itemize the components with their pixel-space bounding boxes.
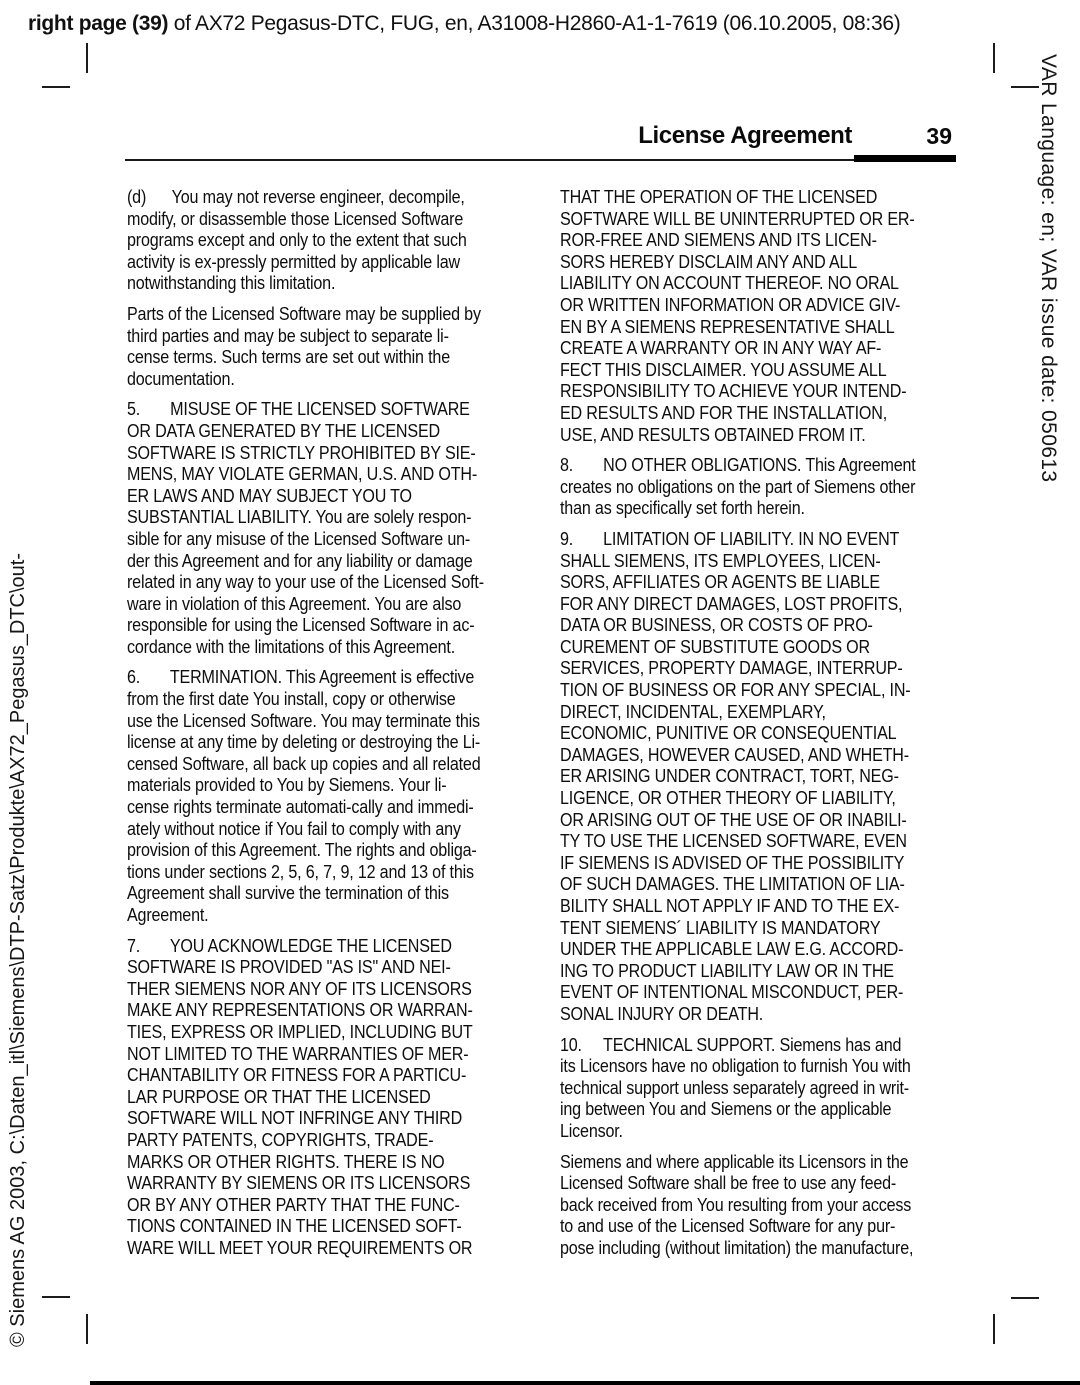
paragraph: 7. YOU ACKNOWLEDGE THE LICENSED SOFTWARE… (127, 935, 524, 1259)
paragraph: 6. TERMINATION. This Agreement is effect… (127, 666, 524, 925)
crop-mark-top-right-vertical (993, 43, 995, 73)
paragraph: THAT THE OPERATION OF THE LICENSED SOFTW… (560, 186, 957, 445)
text-column-right: THAT THE OPERATION OF THE LICENSED SOFTW… (560, 186, 957, 1268)
text-column-left: (d) You may not reverse engineer, decomp… (127, 186, 524, 1268)
crop-mark-bottom-right-vertical (993, 1314, 995, 1344)
paragraph: (d) You may not reverse engineer, decomp… (127, 186, 524, 294)
proof-stamp-detail: of AX72 Pegasus-DTC, FUG, en, A31008-H28… (168, 12, 900, 35)
page-number: 39 (926, 123, 952, 150)
copyright-path-margin-text: © Siemens AG 2003, C:\Daten_itl\Siemens\… (7, 553, 30, 1347)
page-title: License Agreement (638, 122, 852, 150)
paragraph: Siemens and where applicable its Licenso… (560, 1151, 957, 1259)
crop-mark-bottom-left-vertical (86, 1314, 88, 1344)
header-rule (125, 159, 854, 161)
crop-mark-top-left-vertical (86, 43, 88, 73)
crop-mark-top-left-horizontal (42, 86, 70, 88)
paragraph: 8. NO OTHER OBLIGATIONS. This Agreement … (560, 454, 957, 519)
bottom-cut-line (90, 1381, 1080, 1385)
var-language-margin-text: VAR Language: en; VAR issue date: 050613 (1036, 54, 1060, 483)
paragraph: 10. TECHNICAL SUPPORT. Siemens has and i… (560, 1034, 957, 1142)
paragraph: Parts of the Licensed Software may be su… (127, 303, 524, 389)
header-rule-thick-segment (854, 155, 956, 162)
paragraph: 9. LIMITATION OF LIABILITY. IN NO EVENT … (560, 528, 957, 1025)
crop-mark-bottom-right-horizontal (1011, 1297, 1039, 1299)
proof-page: { "stamp": { "bold": "right page (39)", … (0, 0, 1080, 1385)
crop-mark-top-right-horizontal (1011, 86, 1039, 88)
paragraph: 5. MISUSE OF THE LICENSED SOFTWARE OR DA… (127, 398, 524, 657)
proof-stamp: right page (39) of AX72 Pegasus-DTC, FUG… (28, 12, 900, 36)
crop-mark-bottom-left-horizontal (42, 1296, 70, 1298)
proof-stamp-page-label: right page (39) (28, 12, 168, 35)
